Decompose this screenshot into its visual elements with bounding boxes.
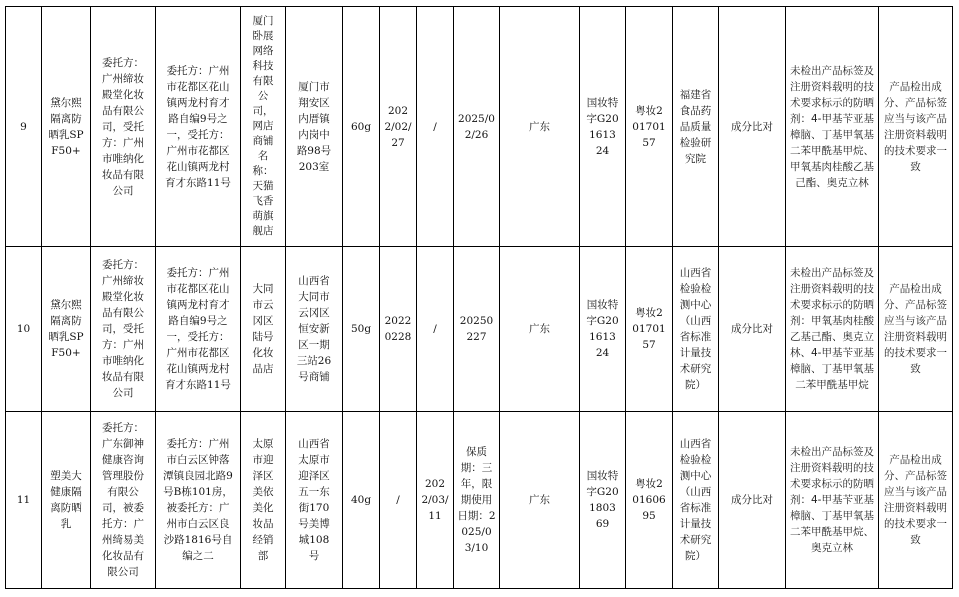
cell-sampled-address: 山西省大同市云冈区恒安新区一期三站26号商铺 <box>286 247 343 412</box>
cell-no: 9 <box>6 7 42 247</box>
cell-no: 10 <box>6 247 42 412</box>
cell-origin: 广东 <box>500 247 580 412</box>
cell-license-no: 粤妆20170157 <box>626 247 673 412</box>
cell-sampled-address: 厦门市翔安区内厝镇内岗中路98号203室 <box>286 7 343 247</box>
cell-result: 未检出产品标签及注册资料载明的技术要求标示的防晒剂：4-甲基苄亚基樟脑、丁基甲氧… <box>786 7 879 247</box>
cell-approval-no: 国妆特字G20161324 <box>580 7 626 247</box>
cell-origin: 广东 <box>500 412 580 589</box>
cell-expiry: 2025/02/26 <box>454 7 500 247</box>
cell-batch: / <box>417 7 454 247</box>
cell-test-item: 成分比对 <box>719 247 786 412</box>
table-row: 9 黛尔熙隔离防晒乳SPF50+ 委托方：广州缔妆殿堂化妆品有限公司，受托方：广… <box>6 7 953 247</box>
cell-testing-institution: 福建省食品药品质量检验研究院 <box>673 7 719 247</box>
cell-origin: 广东 <box>500 7 580 247</box>
cell-testing-institution: 山西省检验检测中心（山西省标准计量技术研究院） <box>673 412 719 589</box>
cell-spec: 50g <box>343 247 380 412</box>
cell-entrusting-address: 委托方：广州市白云区钟落潭镇良园北路9号B栋101房，被委托方：广州市白云区良沙… <box>156 412 241 589</box>
table-row: 10 黛尔熙隔离防晒乳SPF50+ 委托方：广州缔妆殿堂化妆品有限公司，受托方：… <box>6 247 953 412</box>
cell-requirement: 产品检出成分、产品标签应当与该产品注册资料载明的技术要求一致 <box>879 412 953 589</box>
cell-spec: 40g <box>343 412 380 589</box>
cell-batch: / <box>417 247 454 412</box>
cell-requirement: 产品检出成分、产品标签应当与该产品注册资料载明的技术要求一致 <box>879 7 953 247</box>
cell-spec: 60g <box>343 7 380 247</box>
cell-test-item: 成分比对 <box>719 7 786 247</box>
cell-approval-no: 国妆特字G20180369 <box>580 412 626 589</box>
cell-entrusting-address: 委托方：广州市花都区花山镇两龙村育才路自编9号之一，受托方：广州市花都区花山镇两… <box>156 247 241 412</box>
cell-sampled-unit: 大同市云冈区陆号化妆品店 <box>241 247 286 412</box>
cell-license-no: 粤妆20170157 <box>626 7 673 247</box>
cell-expiry: 保质期：三年，限期使用日期：2025/03/10 <box>454 412 500 589</box>
cell-testing-institution: 山西省检验检测中心（山西省标准计量技术研究院） <box>673 247 719 412</box>
cell-product-name: 黛尔熙隔离防晒乳SPF50+ <box>42 247 91 412</box>
cell-entrusting-party: 委托方：广州缔妆殿堂化妆品有限公司，受托方：广州市唯纳化妆品有限公司 <box>91 7 156 247</box>
cell-product-name: 黛尔熙隔离防晒乳SPF50+ <box>42 7 91 247</box>
cell-expiry: 20250227 <box>454 247 500 412</box>
cell-approval-no: 国妆特字G20161324 <box>580 247 626 412</box>
cell-entrusting-party: 委托方：广东御神健康咨询管理股份有限公司，被委托方：广州绮易美化妆品有限公司 <box>91 412 156 589</box>
cell-product-name: 塑美大健康隔离防晒乳 <box>42 412 91 589</box>
table-row: 11 塑美大健康隔离防晒乳 委托方：广东御神健康咨询管理股份有限公司，被委托方：… <box>6 412 953 589</box>
cell-sampled-unit: 厦门卧展网络科技有限公司，网店商铺名称：天猫飞香萌旗舰店 <box>241 7 286 247</box>
cell-entrusting-party: 委托方：广州缔妆殿堂化妆品有限公司，受托方：广州市唯纳化妆品有限公司 <box>91 247 156 412</box>
cell-batch: 2022/03/11 <box>417 412 454 589</box>
inspection-results-table: 9 黛尔熙隔离防晒乳SPF50+ 委托方：广州缔妆殿堂化妆品有限公司，受托方：广… <box>5 6 953 589</box>
cell-no: 11 <box>6 412 42 589</box>
cell-license-no: 粤妆20160695 <box>626 412 673 589</box>
cell-result: 未检出产品标签及注册资料载明的技术要求标示的防晒剂：4-甲基苄亚基樟脑、丁基甲氧… <box>786 412 879 589</box>
cell-production-date: 20220228 <box>380 247 417 412</box>
cell-test-item: 成分比对 <box>719 412 786 589</box>
cell-sampled-address: 山西省太原市迎泽区五一东街170号美博城108号 <box>286 412 343 589</box>
cell-entrusting-address: 委托方：广州市花都区花山镇两龙村育才路自编9号之一，受托方：广州市花都区花山镇两… <box>156 7 241 247</box>
cell-result: 未检出产品标签及注册资料载明的技术要求标示的防晒剂：甲氧基肉桂酸乙基己酯、奥克立… <box>786 247 879 412</box>
cell-production-date: / <box>380 412 417 589</box>
cell-sampled-unit: 太原市迎泽区美依美化妆品经销部 <box>241 412 286 589</box>
cell-production-date: 2022/02/27 <box>380 7 417 247</box>
cell-requirement: 产品检出成分、产品标签应当与该产品注册资料载明的技术要求一致 <box>879 247 953 412</box>
